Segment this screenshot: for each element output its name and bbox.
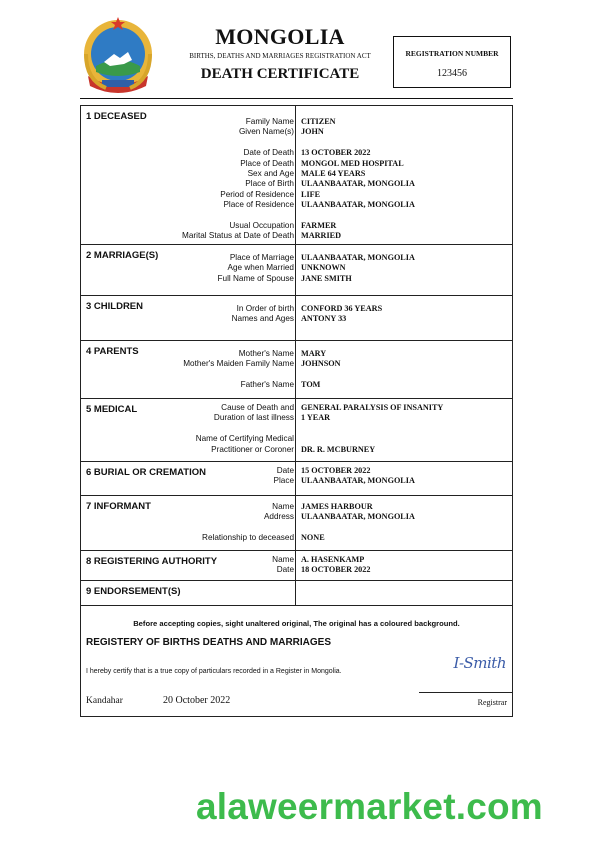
field-value: ULAANBAATAR, MONGOLIA bbox=[301, 253, 415, 263]
field-value: ULAANBAATAR, MONGOLIA bbox=[301, 179, 415, 189]
field-label: Date of Death bbox=[182, 148, 294, 158]
field-value: DR. R. MCBURNEY bbox=[301, 445, 443, 455]
field-label bbox=[182, 138, 294, 148]
section-title: 6 BURIAL OR CREMATION bbox=[86, 467, 206, 478]
registration-number: 123456 bbox=[394, 68, 510, 79]
field-label bbox=[183, 370, 294, 380]
field-label: Age when Married bbox=[218, 263, 294, 273]
field-value: 13 OCTOBER 2022 bbox=[301, 148, 415, 158]
country-title: MONGOLIA bbox=[170, 24, 390, 50]
field-value: CITIZEN bbox=[301, 117, 415, 127]
field-label: Duration of last illness bbox=[196, 413, 294, 423]
field-label: Marital Status at Date of Death bbox=[182, 231, 294, 241]
field-value: ANTONY 33 bbox=[301, 314, 382, 324]
field-value: JAMES HARBOUR bbox=[301, 502, 415, 512]
field-value: 18 OCTOBER 2022 bbox=[301, 565, 370, 575]
section-row: 1 DECEASEDFamily NameGiven Name(s)Date o… bbox=[81, 106, 512, 245]
certify-statement: I hereby certify that is a true copy of … bbox=[86, 667, 356, 676]
field-value: CONFORD 36 YEARS bbox=[301, 304, 382, 314]
section-title: 8 REGISTERING AUTHORITY bbox=[86, 556, 217, 567]
field-label bbox=[182, 211, 294, 221]
signature-line bbox=[419, 692, 513, 693]
field-label: Name bbox=[202, 502, 294, 512]
section-title: 1 DECEASED bbox=[86, 111, 147, 122]
field-label: Practitioner or Coroner bbox=[196, 445, 294, 455]
field-value: 15 OCTOBER 2022 bbox=[301, 466, 415, 476]
field-values: 15 OCTOBER 2022ULAANBAATAR, MONGOLIA bbox=[301, 466, 415, 487]
field-values: CITIZENJOHN13 OCTOBER 2022MONGOL MED HOS… bbox=[301, 117, 415, 242]
field-value bbox=[301, 211, 415, 221]
field-label bbox=[196, 424, 294, 434]
mongolia-emblem-icon bbox=[80, 14, 156, 96]
field-label: Place of Residence bbox=[182, 200, 294, 210]
field-label: Address bbox=[202, 512, 294, 522]
field-value: MARY bbox=[301, 349, 341, 359]
field-value bbox=[301, 434, 443, 444]
certificate-table: 1 DECEASEDFamily NameGiven Name(s)Date o… bbox=[80, 105, 513, 717]
field-label: Given Name(s) bbox=[182, 127, 294, 137]
field-value bbox=[301, 523, 415, 533]
issue-place: Kandahar bbox=[86, 696, 123, 706]
field-values: JAMES HARBOURULAANBAATAR, MONGOLIANONE bbox=[301, 502, 415, 544]
field-labels: Place of MarriageAge when MarriedFull Na… bbox=[218, 253, 294, 284]
field-values: CONFORD 36 YEARSANTONY 33 bbox=[301, 304, 382, 325]
field-value: LIFE bbox=[301, 190, 415, 200]
field-label bbox=[202, 523, 294, 533]
field-label: Full Name of Spouse bbox=[218, 274, 294, 284]
field-label: Family Name bbox=[182, 117, 294, 127]
field-value bbox=[301, 370, 341, 380]
field-label: In Order of birth bbox=[232, 304, 294, 314]
field-label: Mother's Maiden Family Name bbox=[183, 359, 294, 369]
field-labels: NameDate bbox=[272, 555, 294, 576]
field-label: Cause of Death and bbox=[196, 403, 294, 413]
field-label: Date bbox=[274, 466, 294, 476]
field-label: Name bbox=[272, 555, 294, 565]
field-value: TOM bbox=[301, 380, 341, 390]
section-row: 7 INFORMANTNameAddressRelationship to de… bbox=[81, 496, 512, 551]
field-label: Place of Death bbox=[182, 159, 294, 169]
field-label: Names and Ages bbox=[232, 314, 294, 324]
registry-title: REGISTERY OF BIRTHS DEATHS AND MARRIAGES bbox=[86, 637, 331, 648]
field-value: ULAANBAATAR, MONGOLIA bbox=[301, 200, 415, 210]
field-label: Mother's Name bbox=[183, 349, 294, 359]
column-divider bbox=[295, 106, 296, 606]
section-title: 5 MEDICAL bbox=[86, 404, 137, 415]
registrar-signature: I-Smith bbox=[454, 654, 506, 672]
certificate-footer: Before accepting copies, sight unaltered… bbox=[81, 606, 512, 716]
field-labels: NameAddressRelationship to deceased bbox=[202, 502, 294, 544]
certificate-type: DEATH CERTIFICATE bbox=[170, 66, 390, 83]
field-values: MARYJOHNSONTOM bbox=[301, 349, 341, 391]
section-row: 4 PARENTSMother's NameMother's Maiden Fa… bbox=[81, 341, 512, 399]
field-value bbox=[301, 138, 415, 148]
field-labels: DatePlace bbox=[274, 466, 294, 487]
field-value: NONE bbox=[301, 533, 415, 543]
field-value: FARMER bbox=[301, 221, 415, 231]
field-label: Period of Residence bbox=[182, 190, 294, 200]
field-value: ULAANBAATAR, MONGOLIA bbox=[301, 512, 415, 522]
section-row: 8 REGISTERING AUTHORITYNameDateA. HASENK… bbox=[81, 551, 512, 581]
field-labels: In Order of birthNames and Ages bbox=[232, 304, 294, 325]
act-subtitle: BIRTHS, DEATHS AND MARRIAGES REGISTRATIO… bbox=[160, 52, 400, 60]
registration-label: REGISTRATION NUMBER bbox=[394, 49, 510, 58]
section-title: 3 CHILDREN bbox=[86, 301, 143, 312]
field-label: Place of Birth bbox=[182, 179, 294, 189]
section-row: 6 BURIAL OR CREMATIONDatePlace15 OCTOBER… bbox=[81, 462, 512, 496]
field-values: GENERAL PARALYSIS OF INSANITY1 YEARDR. R… bbox=[301, 403, 443, 455]
field-value: GENERAL PARALYSIS OF INSANITY bbox=[301, 403, 443, 413]
field-value: MALE 64 YEARS bbox=[301, 169, 415, 179]
section-row: 5 MEDICALCause of Death andDuration of l… bbox=[81, 399, 512, 462]
field-label: Relationship to deceased bbox=[202, 533, 294, 543]
field-label: Father's Name bbox=[183, 380, 294, 390]
field-value: ULAANBAATAR, MONGOLIA bbox=[301, 476, 415, 486]
field-label: Place of Marriage bbox=[218, 253, 294, 263]
registrar-label: Registrar bbox=[478, 698, 507, 707]
field-label: Name of Certifying Medical bbox=[196, 434, 294, 444]
field-label: Sex and Age bbox=[182, 169, 294, 179]
field-label: Place bbox=[274, 476, 294, 486]
field-value: MONGOL MED HOSPITAL bbox=[301, 159, 415, 169]
field-labels: Family NameGiven Name(s)Date of DeathPla… bbox=[182, 117, 294, 242]
section-title: 2 MARRIAGE(S) bbox=[86, 250, 158, 261]
field-label: Date bbox=[272, 565, 294, 575]
issue-date: 20 October 2022 bbox=[163, 695, 230, 706]
section-title: 7 INFORMANT bbox=[86, 501, 151, 512]
field-value: UNKNOWN bbox=[301, 263, 415, 273]
registration-number-box: REGISTRATION NUMBER 123456 bbox=[393, 36, 511, 88]
watermark: alaweermarket.com bbox=[196, 786, 543, 828]
field-labels: Cause of Death andDuration of last illne… bbox=[196, 403, 294, 455]
field-value: A. HASENKAMP bbox=[301, 555, 370, 565]
section-title: 9 ENDORSEMENT(S) bbox=[86, 586, 180, 597]
section-row: 9 ENDORSEMENT(S) bbox=[81, 581, 512, 606]
copy-warning: Before accepting copies, sight unaltered… bbox=[81, 619, 512, 628]
field-value: JANE SMITH bbox=[301, 274, 415, 284]
field-value: JOHNSON bbox=[301, 359, 341, 369]
section-title: 4 PARENTS bbox=[86, 346, 139, 357]
field-values: A. HASENKAMP18 OCTOBER 2022 bbox=[301, 555, 370, 576]
section-row: 3 CHILDRENIn Order of birthNames and Age… bbox=[81, 296, 512, 341]
field-label: Usual Occupation bbox=[182, 221, 294, 231]
field-value: 1 YEAR bbox=[301, 413, 443, 423]
field-value bbox=[301, 424, 443, 434]
field-labels: Mother's NameMother's Maiden Family Name… bbox=[183, 349, 294, 391]
field-value: MARRIED bbox=[301, 231, 415, 241]
field-values: ULAANBAATAR, MONGOLIAUNKNOWNJANE SMITH bbox=[301, 253, 415, 284]
section-row: 2 MARRIAGE(S)Place of MarriageAge when M… bbox=[81, 245, 512, 296]
field-value: JOHN bbox=[301, 127, 415, 137]
header-divider bbox=[80, 98, 513, 99]
